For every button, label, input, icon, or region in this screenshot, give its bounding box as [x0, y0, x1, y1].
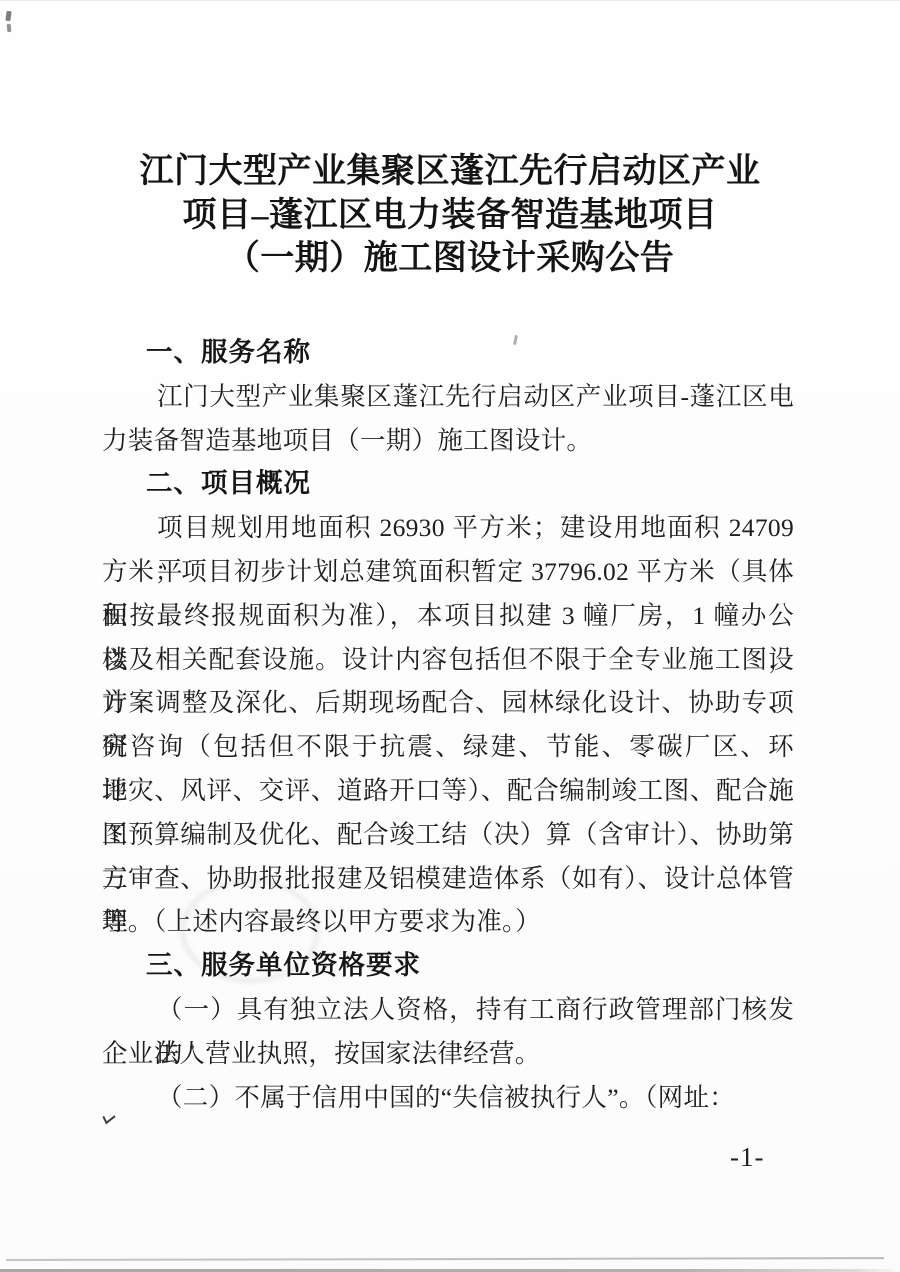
title-line: 江门大型产业集聚区蓬江先行启动区产业 [0, 150, 900, 194]
body-line: 方审查、协助报批报建及铝模建造体系（如有）、设计总体管理 [102, 857, 794, 901]
document-title: 江门大型产业集聚区蓬江先行启动区产业 项目–蓬江区电力装备智造基地项目 （一期）… [0, 150, 900, 281]
body-line: 项目规划用地面积 26930 平方米；建设用地面积 24709 平 [102, 506, 794, 550]
body-line: 企业法人营业执照，按国家法律经营。 [102, 1032, 794, 1076]
title-line: 项目–蓬江区电力装备智造基地项目 [0, 194, 900, 238]
section-heading-qualification: 三、服务单位资格要求 [102, 944, 794, 988]
body-line: 方米；项目初步计划总建筑面积暂定 37796.02 平方米（具体面 [102, 550, 794, 594]
scan-top-edge-line [0, 0, 900, 1]
body-line: 江门大型产业集聚区蓬江先行启动区产业项目-蓬江区电 [102, 375, 794, 419]
scanned-document-page: 江门大型产业集聚区蓬江先行启动区产业 项目–蓬江区电力装备智造基地项目 （一期）… [0, 0, 900, 1272]
scan-bottom-gray-line [6, 1257, 884, 1261]
body-line: （一）具有独立法人资格，持有工商行政管理部门核发的 [102, 988, 794, 1032]
scan-speckle [7, 24, 12, 32]
body-line: 图预算编制及优化、配合竣工结（决）算（含审计）、协助第三 [102, 813, 794, 857]
body-line: 地灾、风评、交评、道路开口等）、配合编制竣工图、配合施工 [102, 769, 794, 813]
body-line: 究咨询（包括但不限于抗震、绿建、节能、零碳厂区、环评、 [102, 725, 794, 769]
title-line: （一期）施工图设计采购公告 [0, 237, 900, 281]
body-line: （二）不属于信用中国的“失信被执行人”。（网址： [102, 1076, 794, 1120]
section-heading-service-name: 一、服务名称 [102, 331, 794, 375]
page-number: -1- [730, 1140, 764, 1174]
body-line: 等。（上述内容最终以甲方要求为准。） [102, 900, 794, 944]
body-line: 积按最终报规面积为准），本项目拟建 3 幢厂房，1 幢办公楼， [102, 594, 794, 638]
body-line: 方案调整及深化、后期现场配合、园林绿化设计、协助专项研 [102, 681, 794, 725]
section-heading-project-overview: 二、项目概况 [102, 462, 794, 506]
document-body: 一、服务名称 江门大型产业集聚区蓬江先行启动区产业项目-蓬江区电 力装备智造基地… [102, 331, 794, 1119]
scan-speckle [5, 11, 11, 22]
body-line: 以及相关配套设施。设计内容包括但不限于全专业施工图设计、 [102, 638, 794, 682]
body-line: 力装备智造基地项目（一期）施工图设计。 [102, 419, 794, 463]
